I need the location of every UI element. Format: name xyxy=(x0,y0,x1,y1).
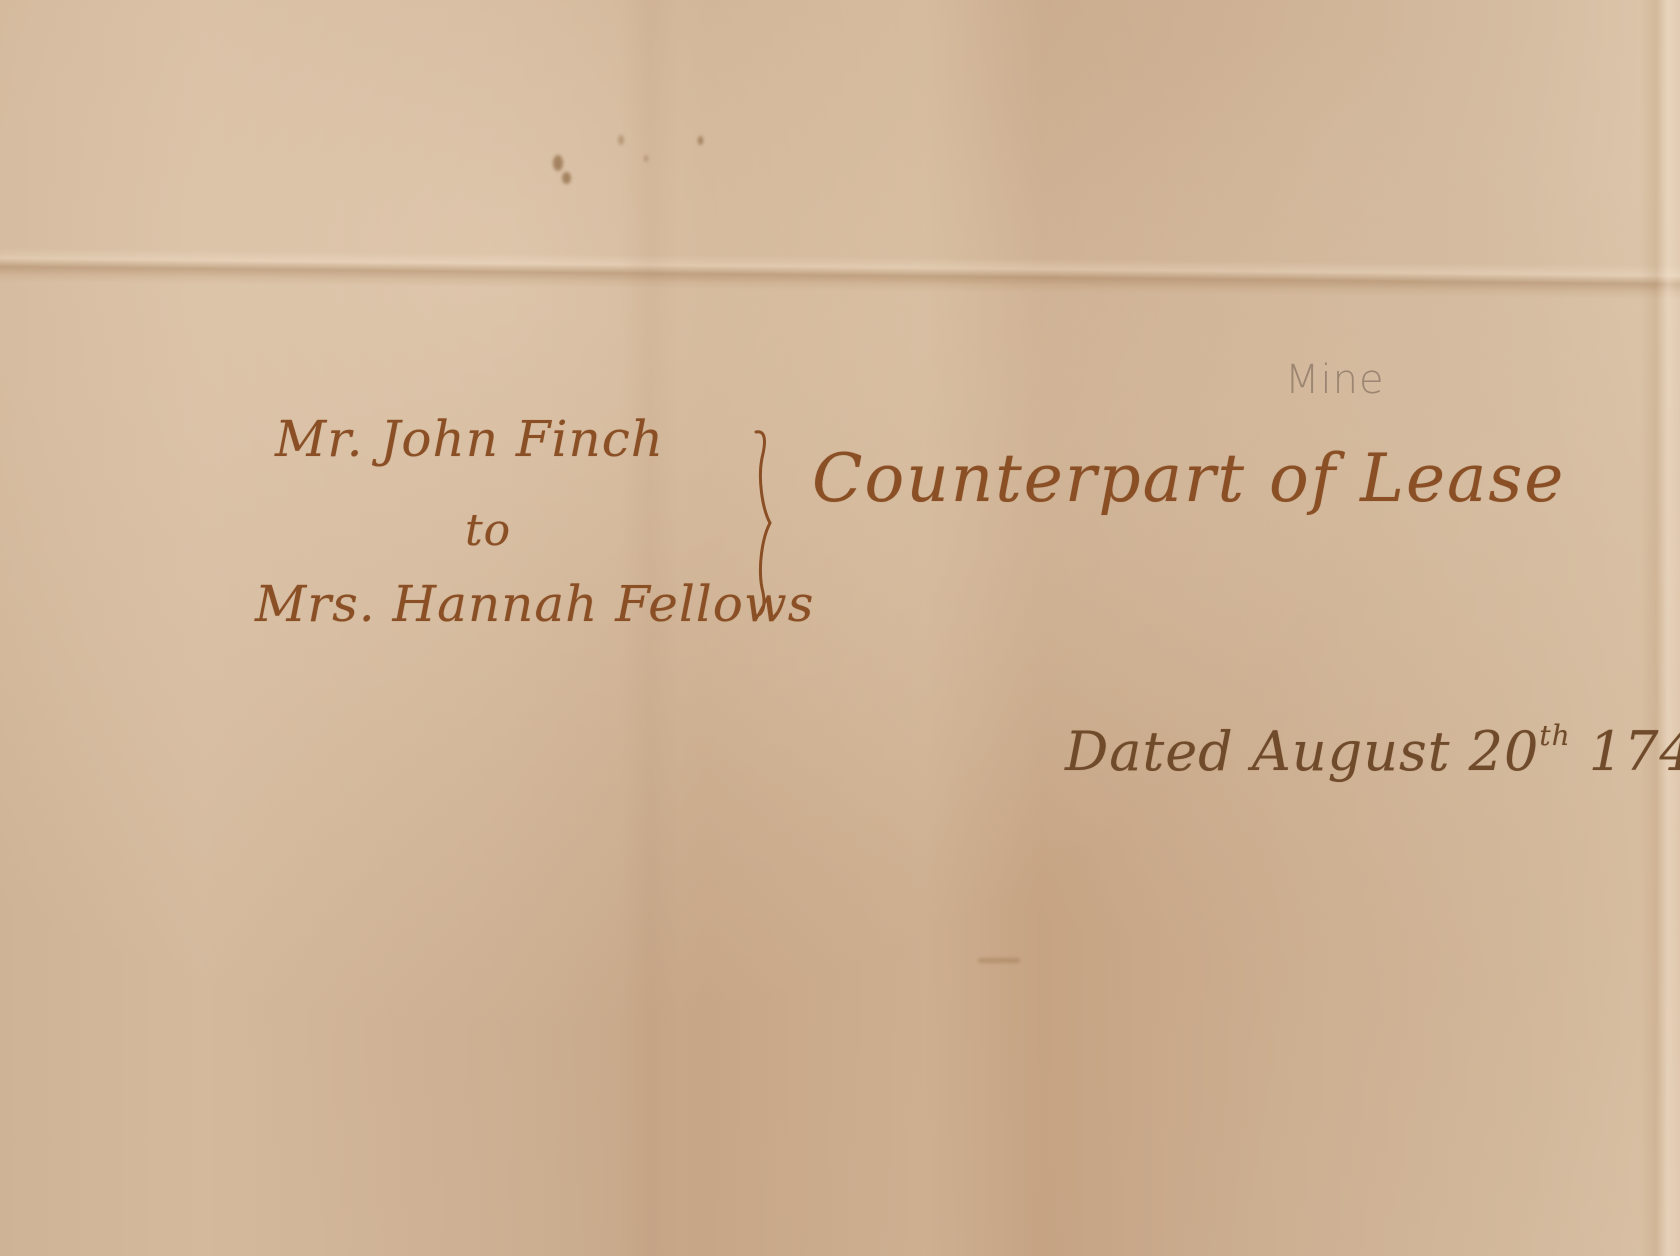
horizontal-fold-crease xyxy=(0,248,1680,300)
vertical-fold-crease xyxy=(1640,0,1680,1256)
ink-stain xyxy=(562,172,571,184)
date-year: 1743. xyxy=(1589,720,1680,783)
party-to: Mrs. Hannah Fellows xyxy=(255,575,814,633)
ink-stain xyxy=(553,155,563,171)
date-day-suffix: th xyxy=(1539,719,1570,752)
document-date: Dated August 20th 1743. xyxy=(1065,720,1680,783)
pencil-annotation: Mine xyxy=(1285,357,1385,403)
document-title: Counterpart of Lease xyxy=(812,440,1565,517)
ink-stain xyxy=(698,136,703,145)
date-prefix: Dated August xyxy=(1065,720,1450,783)
brace-icon xyxy=(752,428,774,618)
ink-stain xyxy=(618,135,624,145)
document-page: Mr. John Finch to Mrs. Hannah Fellows Co… xyxy=(0,0,1680,1256)
party-from: Mr. John Finch xyxy=(275,410,664,468)
party-connector: to xyxy=(465,505,511,556)
ink-smudge xyxy=(978,958,1020,963)
ink-stain xyxy=(644,155,648,162)
date-day: 20 xyxy=(1469,720,1540,783)
